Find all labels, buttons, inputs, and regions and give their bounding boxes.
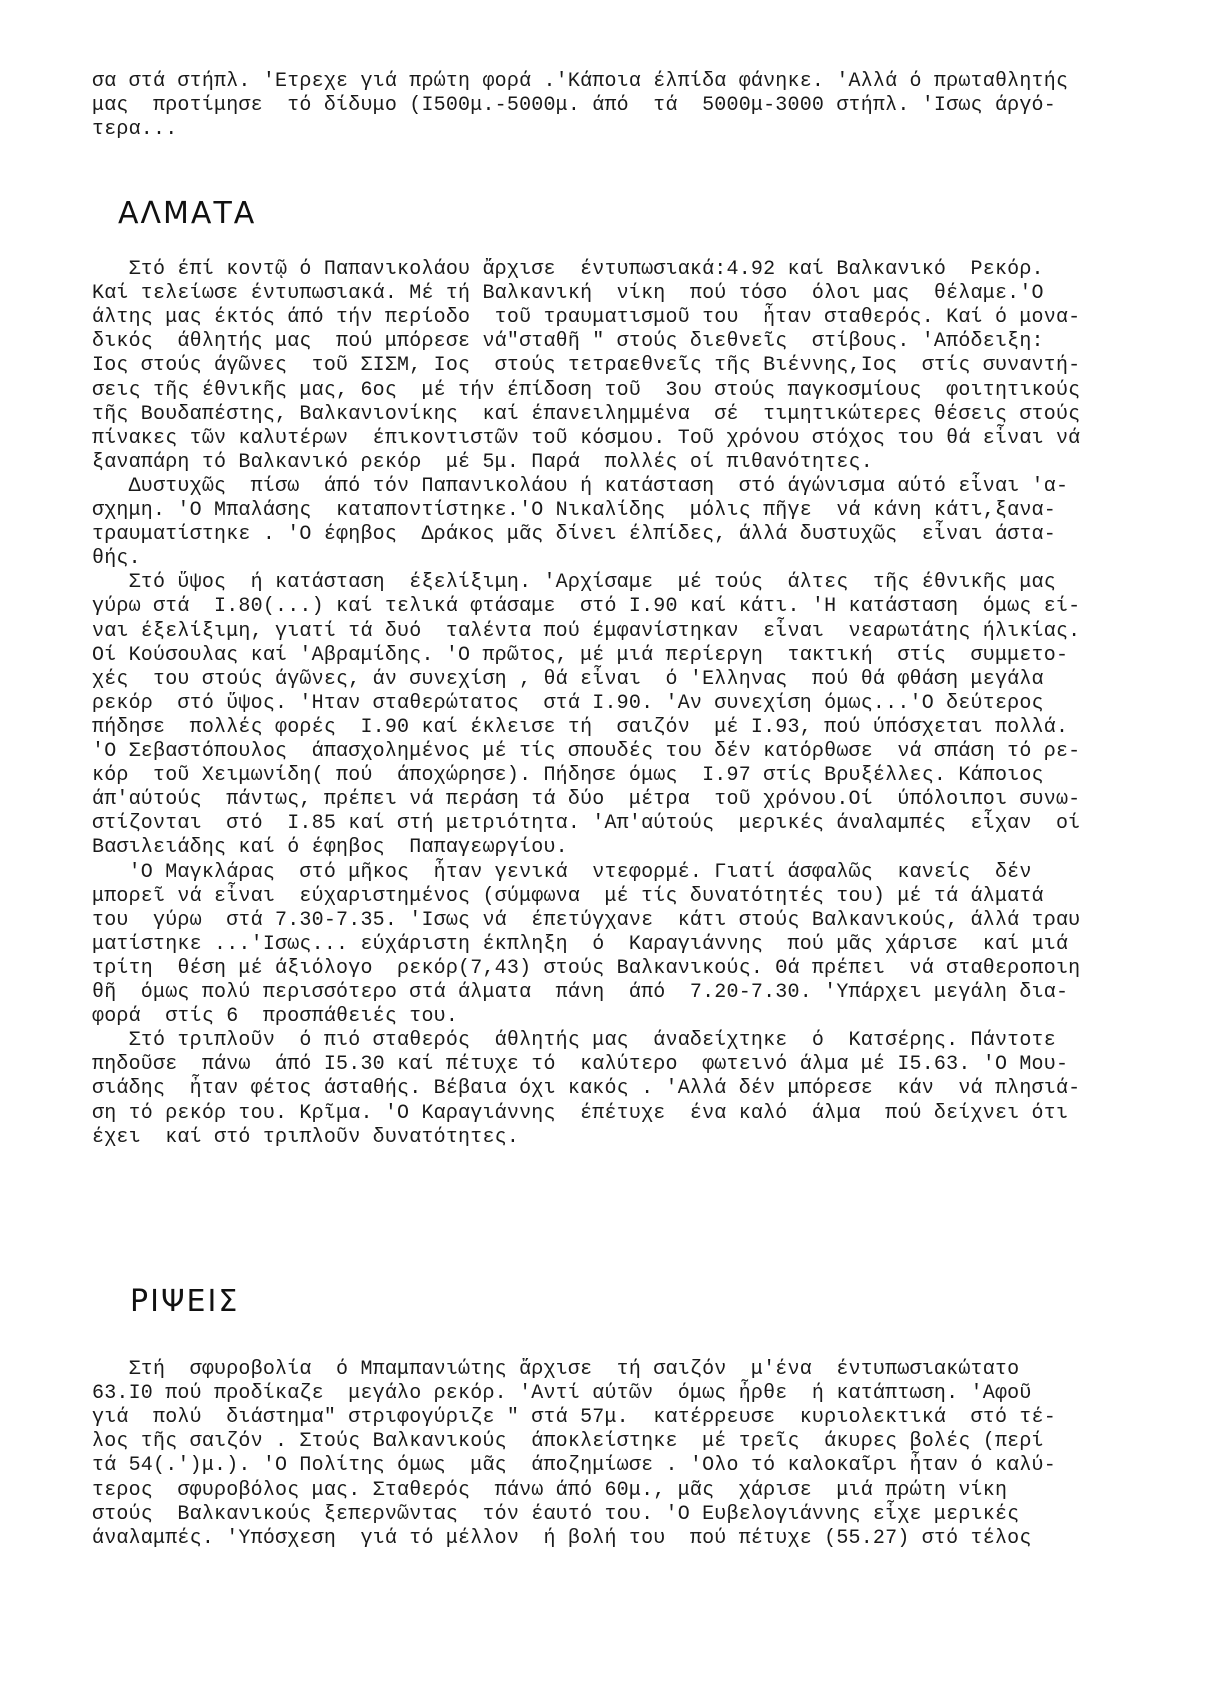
text-line: σχημη. 'Ο Μπαλάσης καταποντίστηκε.'Ο Νικ…: [92, 499, 1056, 522]
text-line: Στό έπί κοντῷ ό Παπανικολάου ἄρχισε έντυ…: [92, 258, 1044, 281]
text-line: χές του στούς άγῶνες, άν συνεχίση , θά ε…: [92, 668, 1044, 691]
text-line: άπ'αύτούς πάντως, πρέπει νά περάση τά δύ…: [92, 788, 1080, 811]
text-line: ρεκόρ στό ὕψος. 'Ηταν σταθερώτατος στά Ι…: [92, 692, 1044, 715]
text-line: 'Ο Σεβαστόπουλος άπασχολημένος μέ τίς σπ…: [92, 740, 1080, 763]
text-line: ση τό ρεκόρ του. Κρῖμα. 'Ο Καραγιάννης έ…: [92, 1102, 1068, 1125]
text-line: δικός άθλητής μας πού μπόρεσε νά"σταθῆ "…: [92, 330, 1044, 353]
text-line: πίνακες τῶν καλυτέρων έπικοντιστῶν τοῦ κ…: [92, 427, 1080, 450]
text-line: τερα...: [92, 118, 177, 141]
text-line: Στή σφυροβολία ό Μπαμπανιώτης ἄρχισε τή …: [92, 1358, 1019, 1381]
text-line: Δυστυχῶς πίσω άπό τόν Παπανικολάου ή κατ…: [92, 475, 1068, 498]
text-line: τραυματίστηκε . 'Ο έφηβος Δράκος μᾶς δίν…: [92, 523, 1056, 546]
text-line: Οί Κούσουλας καί 'Αβραμίδης. 'Ο πρῶτος, …: [92, 644, 1068, 667]
text-line: σα στά στήπλ. 'Ετρεχε γιά πρώτη φορά .'Κ…: [92, 70, 1068, 93]
text-line: Βασιλειάδης καί ό έφηβος Παπαγεωργίου.: [92, 836, 568, 859]
text-line: του γύρω στά 7.30-7.35. 'Ισως νά έπετύγχ…: [92, 909, 1080, 932]
text-line: άναλαμπές. 'Υπόσχεση γιά τό μέλλον ή βολ…: [92, 1527, 1032, 1550]
text-line: σιάδης ἦταν φέτος άσταθής. Βέβαια όχι κα…: [92, 1077, 1080, 1100]
text-line: 'Ο Μαγκλάρας στό μῆκος ἦταν γενικά ντεφο…: [92, 861, 1032, 884]
typewritten-page: σα στά στήπλ. 'Ετρεχε γιά πρώτη φορά .'Κ…: [0, 0, 1223, 1695]
text-line: γύρω στά Ι.80(...) καί τελικά φτάσαμε στ…: [92, 595, 1080, 618]
text-line: σεις τῆς έθνικῆς μας, 6ος μέ τήν έπίδοση…: [92, 379, 1080, 402]
text-line: τά 54(.')μ.). 'Ο Πολίτης όμως μᾶς άποζημ…: [92, 1454, 1056, 1477]
text-line: θής.: [92, 547, 141, 570]
text-line: στίζονται στό Ι.85 καί στή μετριότητα. '…: [92, 812, 1080, 835]
text-line: 63.Ι0 πού προδίκαζε μεγάλο ρεκόρ. 'Αντί …: [92, 1382, 1032, 1405]
text-line: μας προτίμησε τό δίδυμο (Ι500μ.-5000μ. ά…: [92, 94, 1056, 117]
section-heading-almata: ΑΛΜΑΤΑ: [118, 196, 256, 231]
text-line: Ιος στούς άγῶνες τοῦ ΣΙΣΜ, Ιος στούς τετ…: [92, 354, 1080, 377]
text-line: πηδοῦσε πάνω άπό Ι5.30 καί πέτυχε τό καλ…: [92, 1053, 1068, 1076]
text-line: λος τῆς σαιζόν . Στούς Βαλκανικούς άποκλ…: [92, 1430, 1044, 1453]
text-line: θῆ όμως πολύ περισσότερο στά άλματα πάνη…: [92, 981, 1068, 1004]
text-line: Στό ὕψος ή κατάσταση έξελίξιμη. 'Αρχίσαμ…: [92, 571, 1056, 594]
text-line: ματίστηκε ...'Ισως... εύχάριστη έκπληξη …: [92, 933, 1068, 956]
text-line: πήδησε πολλές φορές Ι.90 καί έκλεισε τή …: [92, 716, 1068, 739]
text-line: φορά στίς 6 προσπάθειές του.: [92, 1005, 458, 1028]
text-line: μπορεῖ νά εἶναι εύχαριστημένος (σύμφωνα …: [92, 885, 1044, 908]
text-line: ναι έξελίξιμη, γιατί τά δυό ταλέντα πού …: [92, 620, 1080, 643]
text-line: άλτης μας έκτός άπό τήν περίοδο τοῦ τραυ…: [92, 306, 1080, 329]
section-heading-ripseis: ΡΙΨΕΙΣ: [130, 1284, 239, 1319]
text-line: κόρ τοῦ Χειμωνίδη( πού άπoχώρησε). Πήδησ…: [92, 764, 1044, 787]
text-line: γιά πολύ διάστημα" στριφογύριζε " στά 57…: [92, 1406, 1056, 1429]
text-line: στούς Βαλκανικούς ξεπερνῶντας τόν έαυτό …: [92, 1503, 1019, 1526]
text-line: τρίτη θέση μέ άξιόλογο ρεκόρ(7,43) στούς…: [92, 957, 1080, 980]
text-line: Στό τριπλοῦν ό πιό σταθερός άθλητής μας …: [92, 1029, 1056, 1052]
text-line: Καί τελείωσε έντυπωσιακά. Μέ τή Βαλκανικ…: [92, 282, 1044, 305]
text-line: έχει καί στό τριπλοῦν δυνατότητες.: [92, 1126, 519, 1149]
text-line: τερος σφυροβόλος μας. Σταθερός πάνω άπό …: [92, 1479, 1007, 1502]
text-line: τῆς Βουδαπέστης, Βαλκανιονίκης καί έπανε…: [92, 403, 1080, 426]
text-line: ξαναπάρη τό Βαλκανικό ρεκόρ μέ 5μ. Παρά …: [92, 451, 873, 474]
